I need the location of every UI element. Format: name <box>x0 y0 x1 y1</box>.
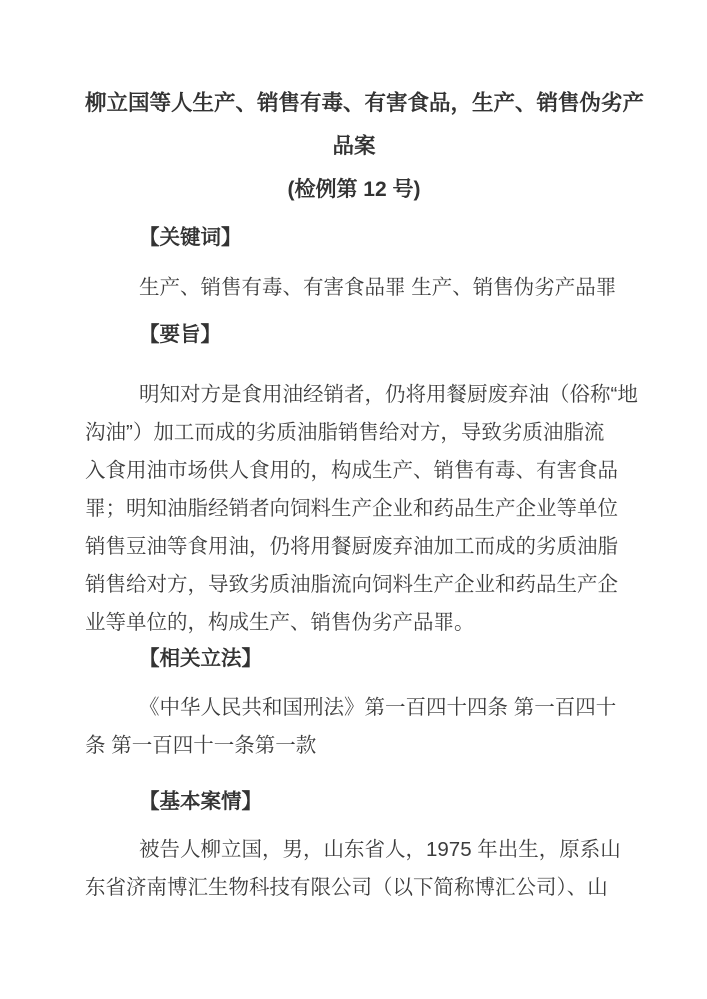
text-line: 入食用油市场供人食用的，构成生产、销售有毒、有害食品 <box>85 452 623 490</box>
section-heading-facts: 【基本案情】 <box>85 783 677 821</box>
facts-paragraph: 被告人柳立国，男，山东省人，1975 年出生，原系山东省济南博汇生物科技有限公司… <box>85 831 623 907</box>
text-line: 《中华人民共和国刑法》第一百四十四条 第一百四十 <box>85 689 623 727</box>
text-line: 被告人柳立国，男，山东省人，1975 年出生，原系山 <box>85 831 623 869</box>
text-line: 沟油”）加工而成的劣质油脂销售给对方，导致劣质油脂流 <box>85 414 623 452</box>
section-heading-keywords: 【关键词】 <box>85 219 677 257</box>
text-line: 品案 <box>85 125 623 168</box>
gist-paragraph: 明知对方是食用油经销者，仍将用餐厨废弃油（俗称“地沟油”）加工而成的劣质油脂销售… <box>85 376 623 642</box>
legislation-paragraph: 《中华人民共和国刑法》第一百四十四条 第一百四十条 第一百四十一条第一款 <box>85 689 623 765</box>
text-line: 柳立国等人生产、销售有毒、有害食品，生产、销售伪劣产 <box>85 82 623 125</box>
text-line: 明知对方是食用油经销者，仍将用餐厨废弃油（俗称“地 <box>85 376 623 414</box>
text-line: 罪；明知油脂经销者向饲料生产企业和药品生产企业等单位 <box>85 490 623 528</box>
text-line: 销售豆油等食用油，仍将用餐厨废弃油加工而成的劣质油脂 <box>85 528 623 566</box>
case-number: (检例第 12 号) <box>85 171 623 209</box>
keywords-paragraph: 生产、销售有毒、有害食品罪 生产、销售伪劣产品罪 <box>85 269 623 307</box>
text-line: 东省济南博汇生物科技有限公司（以下简称博汇公司）、山 <box>85 869 623 907</box>
section-heading-gist: 【要旨】 <box>85 316 677 354</box>
document-title: 柳立国等人生产、销售有毒、有害食品，生产、销售伪劣产品案 <box>85 82 623 168</box>
section-heading-legislation: 【相关立法】 <box>85 640 677 678</box>
document-page: 柳立国等人生产、销售有毒、有害食品，生产、销售伪劣产品案 (检例第 12 号) … <box>0 0 707 999</box>
text-line: 条 第一百四十一条第一款 <box>85 727 623 765</box>
text-line: 销售给对方，导致劣质油脂流向饲料生产企业和药品生产企 <box>85 566 623 604</box>
text-line: 生产、销售有毒、有害食品罪 生产、销售伪劣产品罪 <box>85 269 623 307</box>
text-line: 业等单位的，构成生产、销售伪劣产品罪。 <box>85 604 623 642</box>
